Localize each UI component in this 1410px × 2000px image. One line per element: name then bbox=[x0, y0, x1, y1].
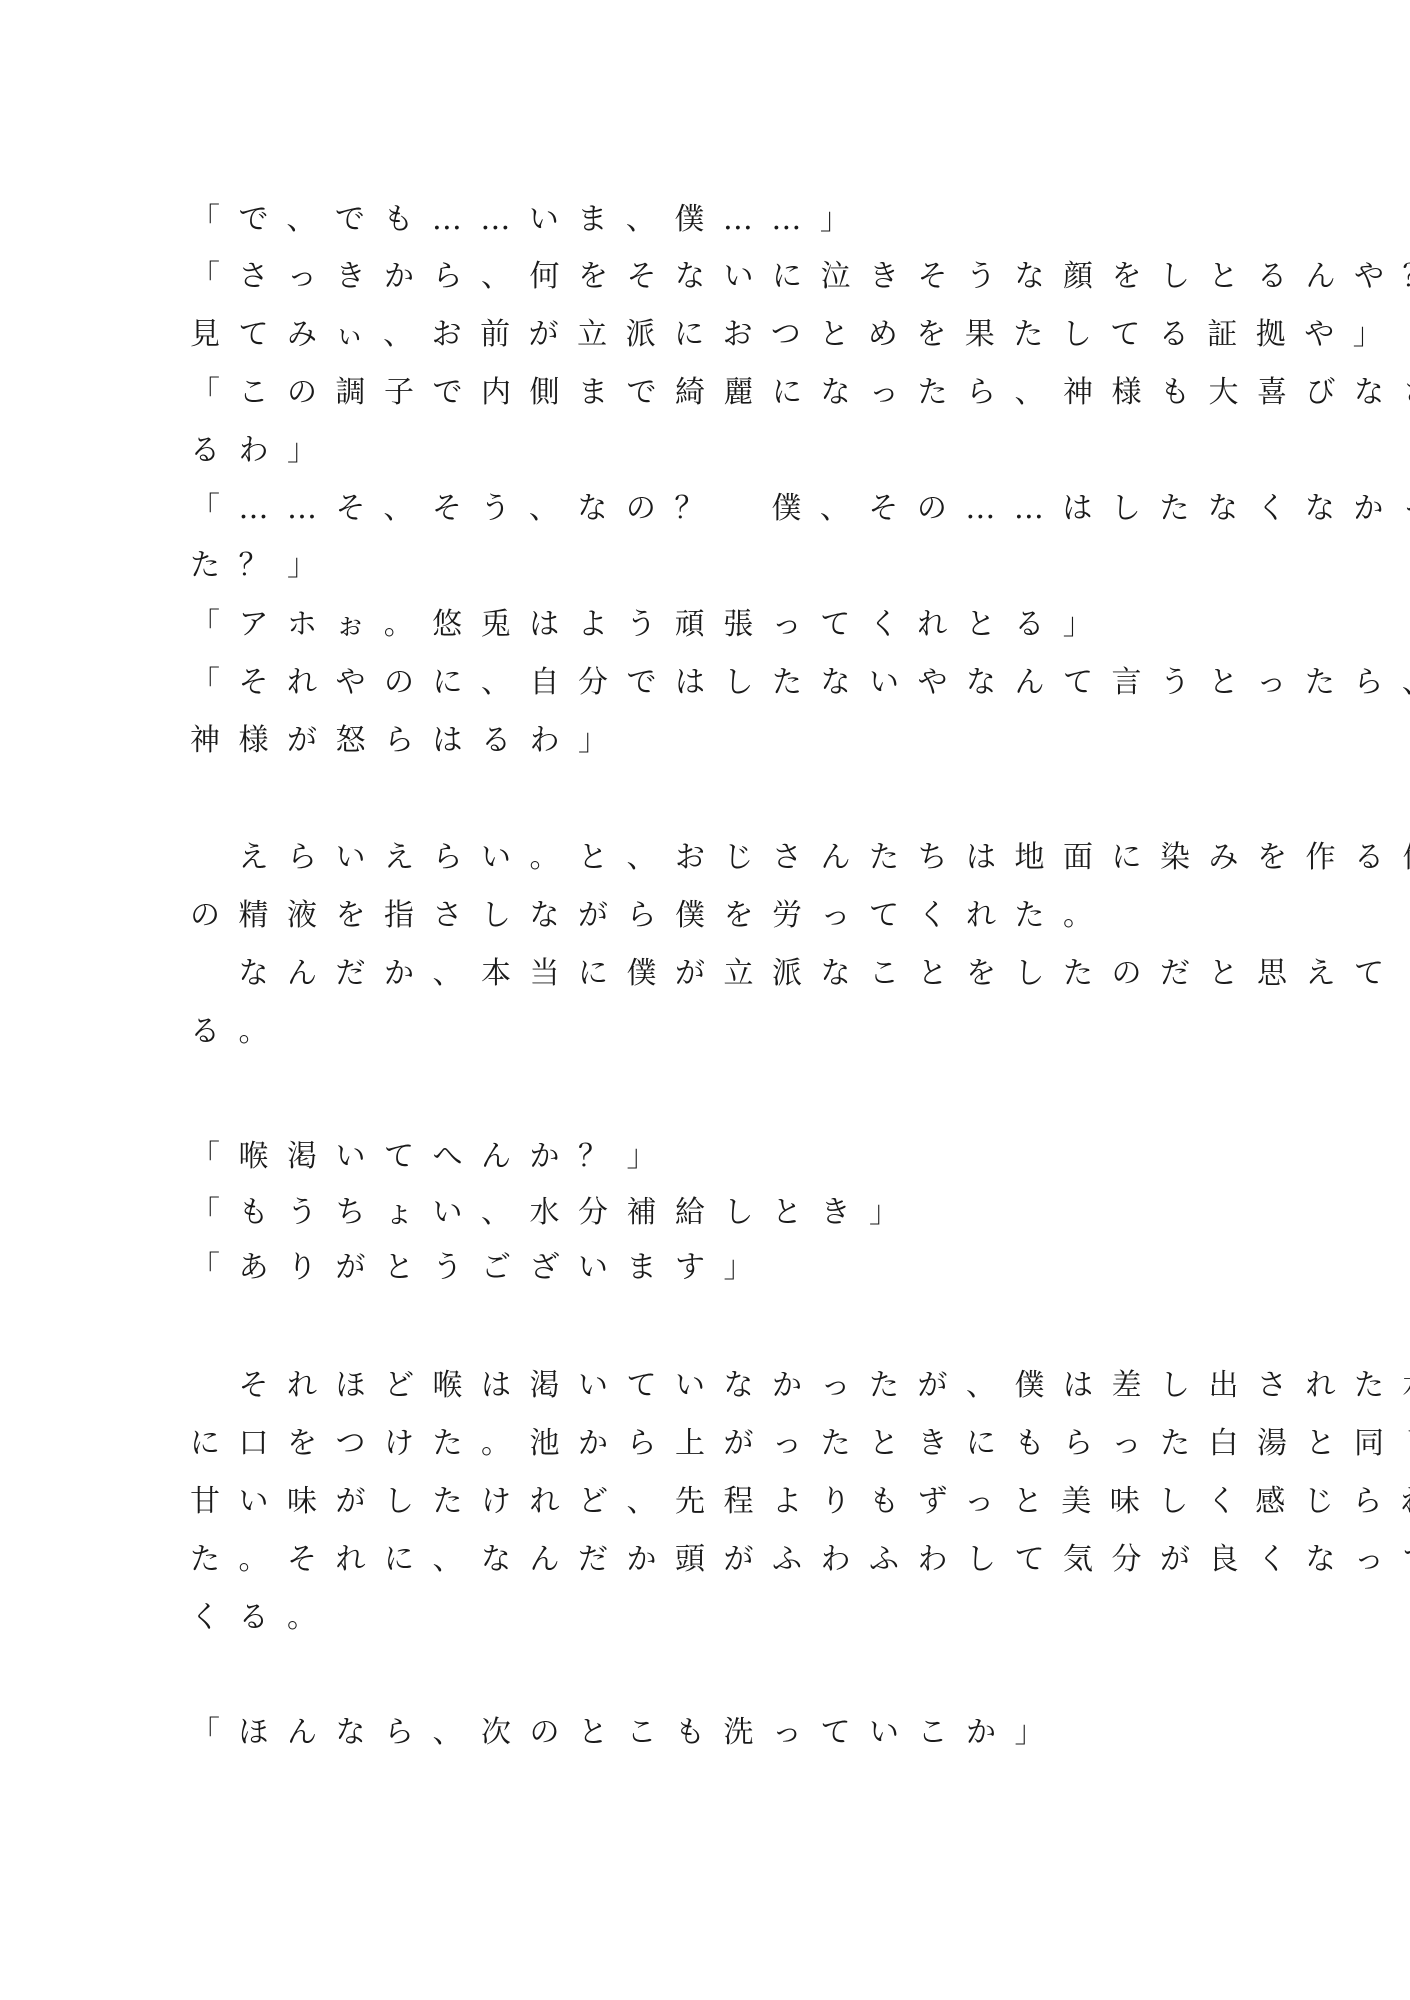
text-line-dialogue: 「で、でも……いま、僕……」 bbox=[190, 200, 868, 240]
text-line-dialogue: 「ありがとうございます」 bbox=[190, 1248, 772, 1288]
text-line-dialogue: 「この調子で内側まで綺麗になったら、神様も大喜びなさ bbox=[190, 373, 1410, 413]
text-line-narration: る。 bbox=[190, 1012, 287, 1052]
text-line-dialogue: 「アホぉ。悠兎はよう頑張ってくれとる」 bbox=[190, 605, 1111, 645]
text-line-dialogue: た？」 bbox=[190, 546, 336, 586]
text-line-dialogue: 神様が怒らはるわ」 bbox=[190, 721, 627, 761]
text-line-dialogue: 「ほんなら、次のとこも洗っていこか」 bbox=[190, 1713, 1063, 1753]
text-line-narration: に口をつけた。池から上がったときにもらった白湯と同じ bbox=[190, 1424, 1410, 1464]
text-line-narration: えらいえらい。と、おじさんたちは地面に染みを作る僕 bbox=[190, 838, 1410, 878]
text-line-dialogue: るわ」 bbox=[190, 431, 336, 471]
text-line-dialogue: 「それやのに、自分ではしたないやなんて言うとったら、 bbox=[190, 663, 1410, 703]
text-line-narration: くる。 bbox=[190, 1598, 336, 1638]
text-line-narration: 甘い味がしたけれど、先程よりもずっと美味しく感じられ bbox=[190, 1482, 1410, 1522]
text-line-dialogue: 見てみぃ、お前が立派におつとめを果たしてる証拠や」 bbox=[190, 315, 1401, 355]
text-line-narration: の精液を指さしながら僕を労ってくれた。 bbox=[190, 896, 1112, 936]
text-line-dialogue: 「もうちょい、水分補給しとき」 bbox=[190, 1193, 918, 1233]
text-line-narration: た。それに、なんだか頭がふわふわして気分が良くなって bbox=[190, 1540, 1410, 1580]
text-line-narration: なんだか、本当に僕が立派なことをしたのだと思えてく bbox=[190, 954, 1410, 994]
document-page: 「で、でも……いま、僕……」 「さっきから、何をそないに泣きそうな顔をしとるんや… bbox=[0, 0, 1410, 2000]
text-line-narration: それほど喉は渇いていなかったが、僕は差し出された水 bbox=[190, 1366, 1410, 1406]
text-line-dialogue: 「さっきから、何をそないに泣きそうな顔をしとるんや？ bbox=[190, 257, 1410, 297]
text-line-dialogue: 「……そ、そう、なの？ 僕、その……はしたなくなかっ bbox=[190, 489, 1410, 529]
text-line-dialogue: 「喉渇いてへんか？」 bbox=[190, 1137, 675, 1177]
